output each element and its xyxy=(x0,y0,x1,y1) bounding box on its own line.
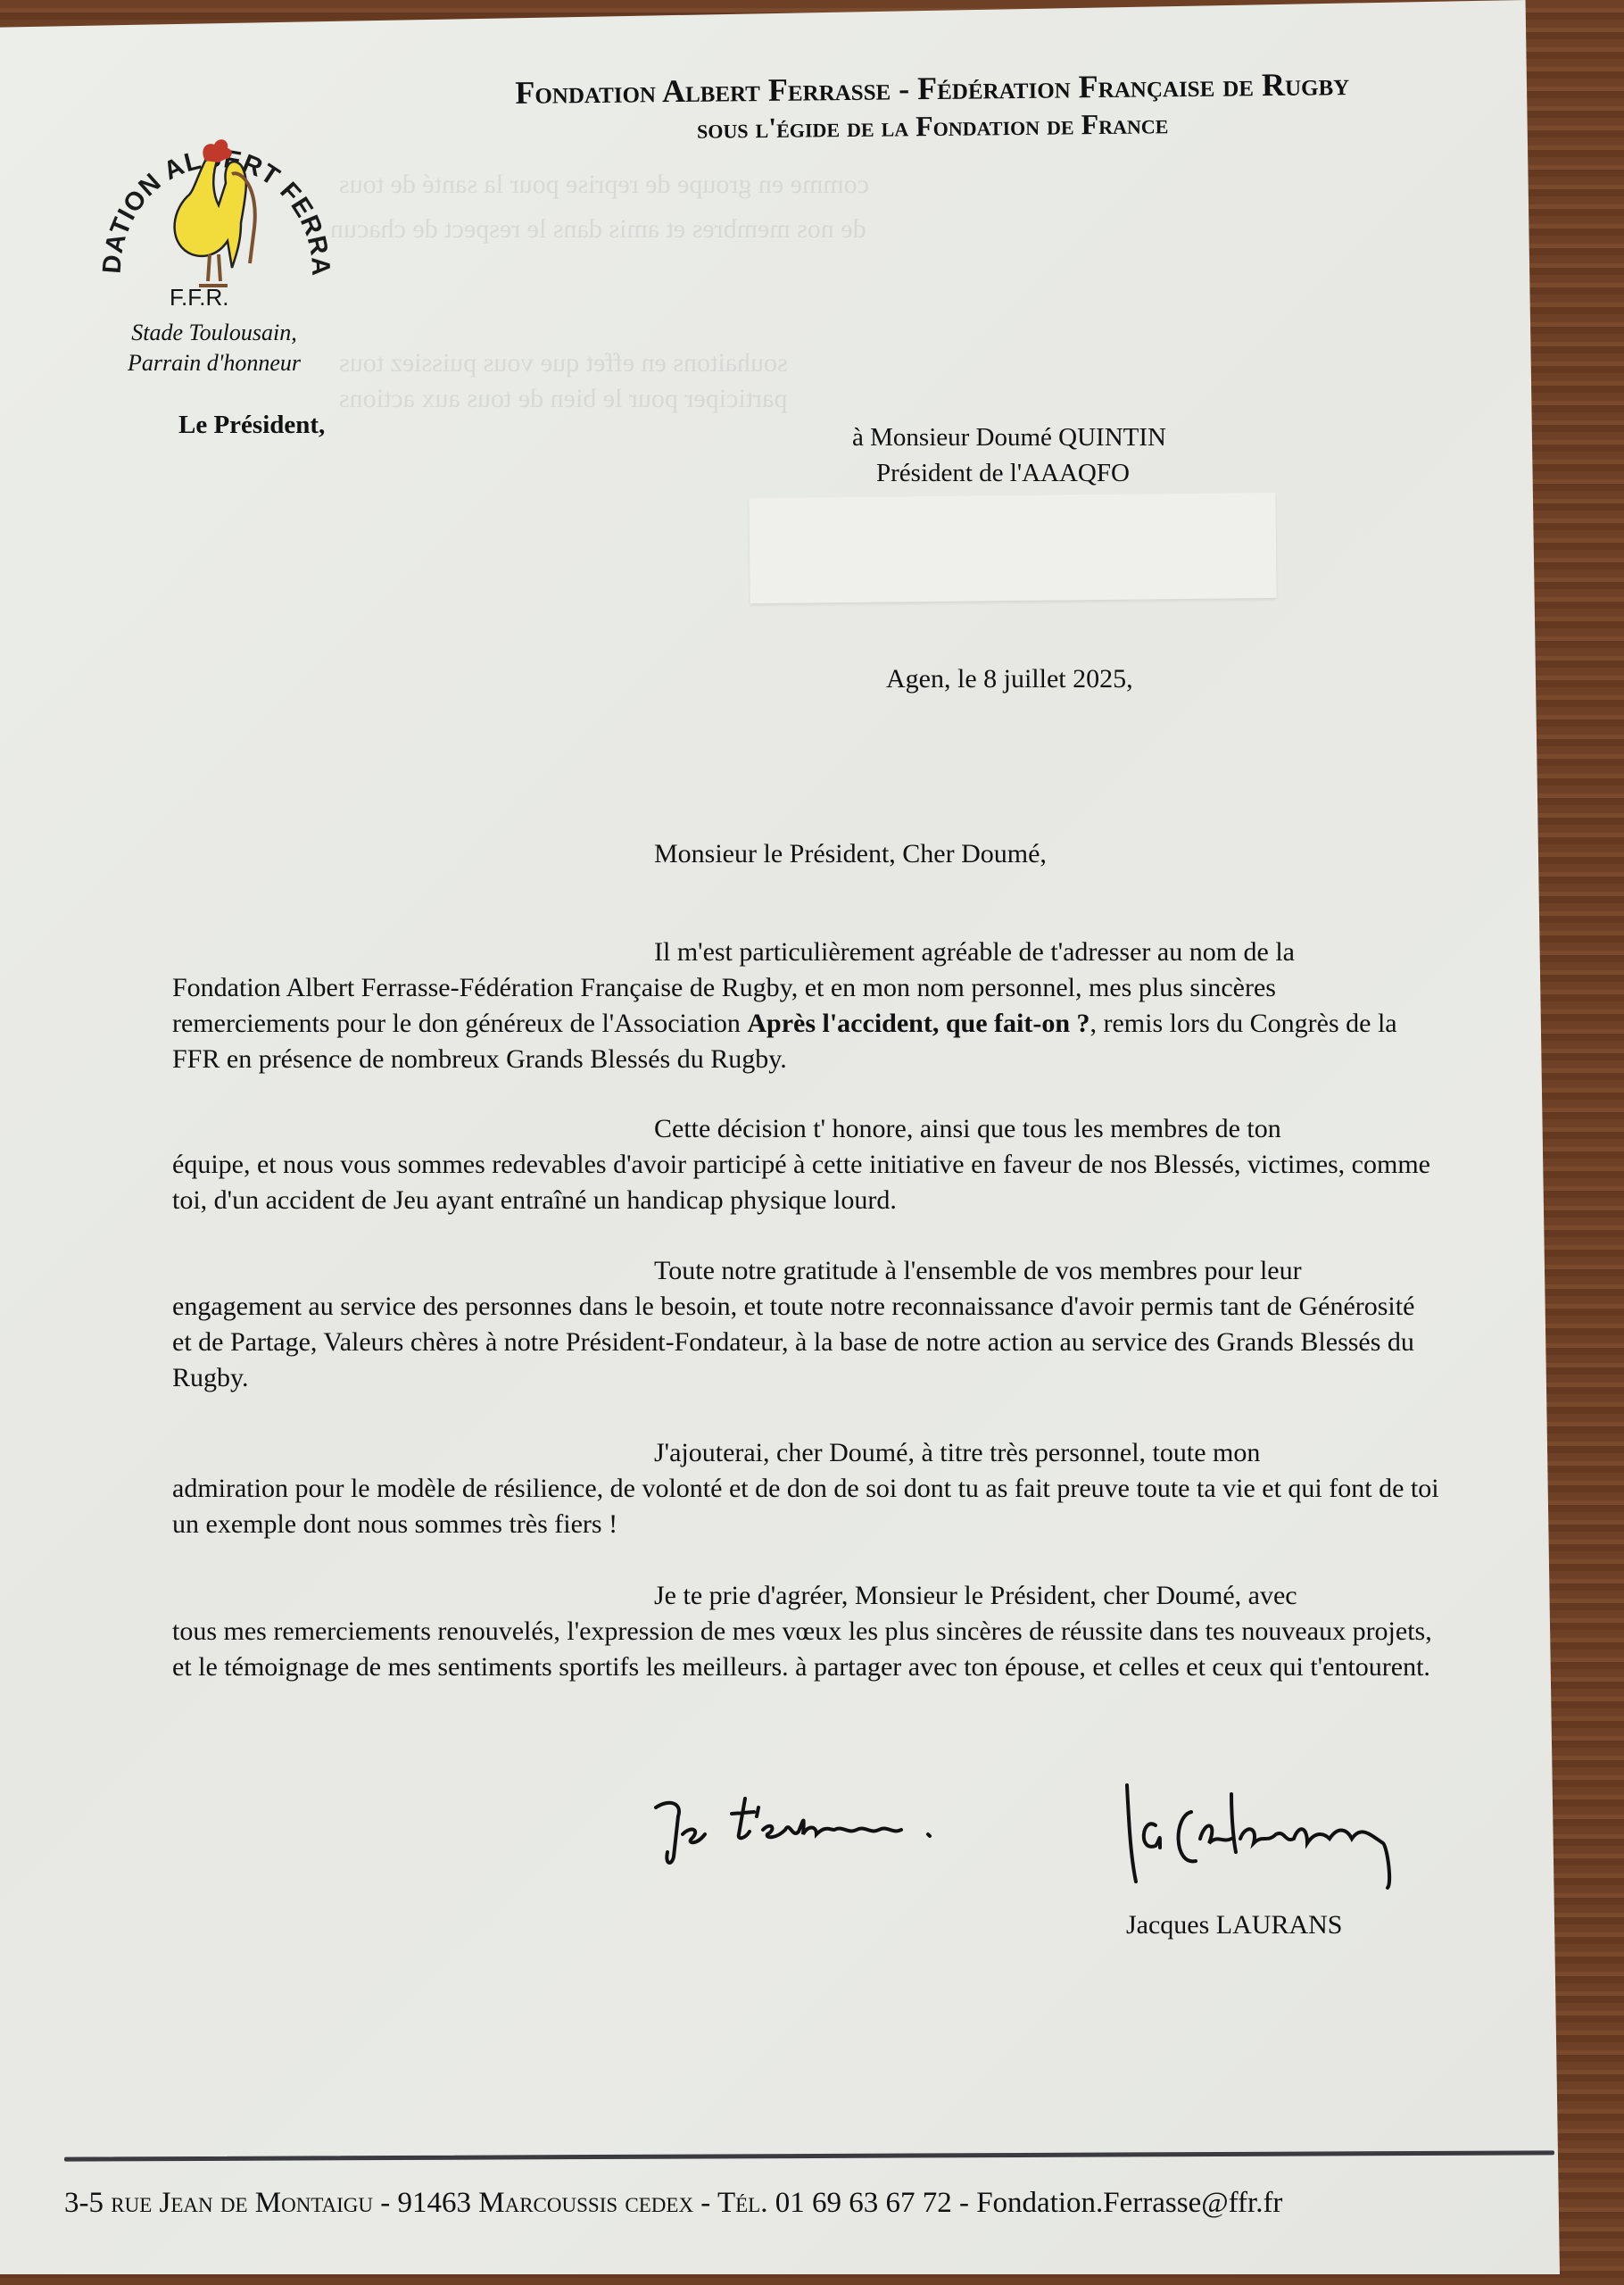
recipient-name: à Monsieur Doumé QUINTIN xyxy=(852,420,1166,455)
footer-contact: 3-5 rue Jean de Montaigu - 91463 Marcous… xyxy=(64,2187,1282,2220)
sender-title: Le Président, xyxy=(178,411,325,440)
show-through-text: comme en groupe de reprise pour la santé… xyxy=(339,170,869,200)
letterhead-title: Fondation Albert Ferrasse - Fédération F… xyxy=(437,64,1429,150)
paragraph: Il m'est particulièrement agréable de t'… xyxy=(172,935,1439,1077)
show-through-text: de nos membres et amis dans le respect d… xyxy=(330,214,866,245)
signature xyxy=(1120,1776,1477,1892)
letter-page: comme en groupe de reprise pour la santé… xyxy=(0,0,1560,2274)
date-line: Agen, le 8 juillet 2025, xyxy=(886,664,1133,694)
footer-divider xyxy=(64,2150,1554,2161)
paragraph: Toute notre gratitude à l'ensemble de vo… xyxy=(172,1253,1439,1396)
ffr-label: F.F.R. xyxy=(170,284,228,312)
paragraph: Je te prie d'agréer, Monsieur le Préside… xyxy=(172,1578,1439,1685)
paragraph: Cette décision t' honore, ainsi que tous… xyxy=(172,1111,1439,1218)
redacted-address-strip xyxy=(749,493,1276,603)
recipient-block: à Monsieur Doumé QUINTIN Président de l'… xyxy=(852,420,1166,491)
show-through-text: participer pour le bien de tous aux acti… xyxy=(339,384,787,414)
signer-name: Jacques LAURANS xyxy=(1126,1910,1342,1940)
recipient-title: Président de l'AAAQFO xyxy=(852,455,1166,491)
sponsor-text: Stade Toulousain, Parrain d'honneur xyxy=(94,318,335,378)
handwritten-note: Je t'embrasse. xyxy=(642,1785,1017,1874)
footer-address: 3-5 rue Jean de Montaigu - 91463 Marcous… xyxy=(64,2187,767,2219)
paragraph: J'ajouterai, cher Doumé, à titre très pe… xyxy=(172,1435,1439,1542)
fondation-rooster-logo: FONDATION ALBERT FERRASSE xyxy=(85,80,344,303)
footer-email-link[interactable]: Fondation.Ferrasse@ffr.fr xyxy=(976,2187,1282,2219)
association-name: Après l'accident, que fait-on ? xyxy=(747,1009,1090,1038)
salutation: Monsieur le Président, Cher Doumé, xyxy=(654,839,1047,869)
footer-phone: 01 69 63 67 72 xyxy=(775,2187,952,2219)
show-through-text: souhaitons en effet que vous puissiez to… xyxy=(339,348,788,378)
